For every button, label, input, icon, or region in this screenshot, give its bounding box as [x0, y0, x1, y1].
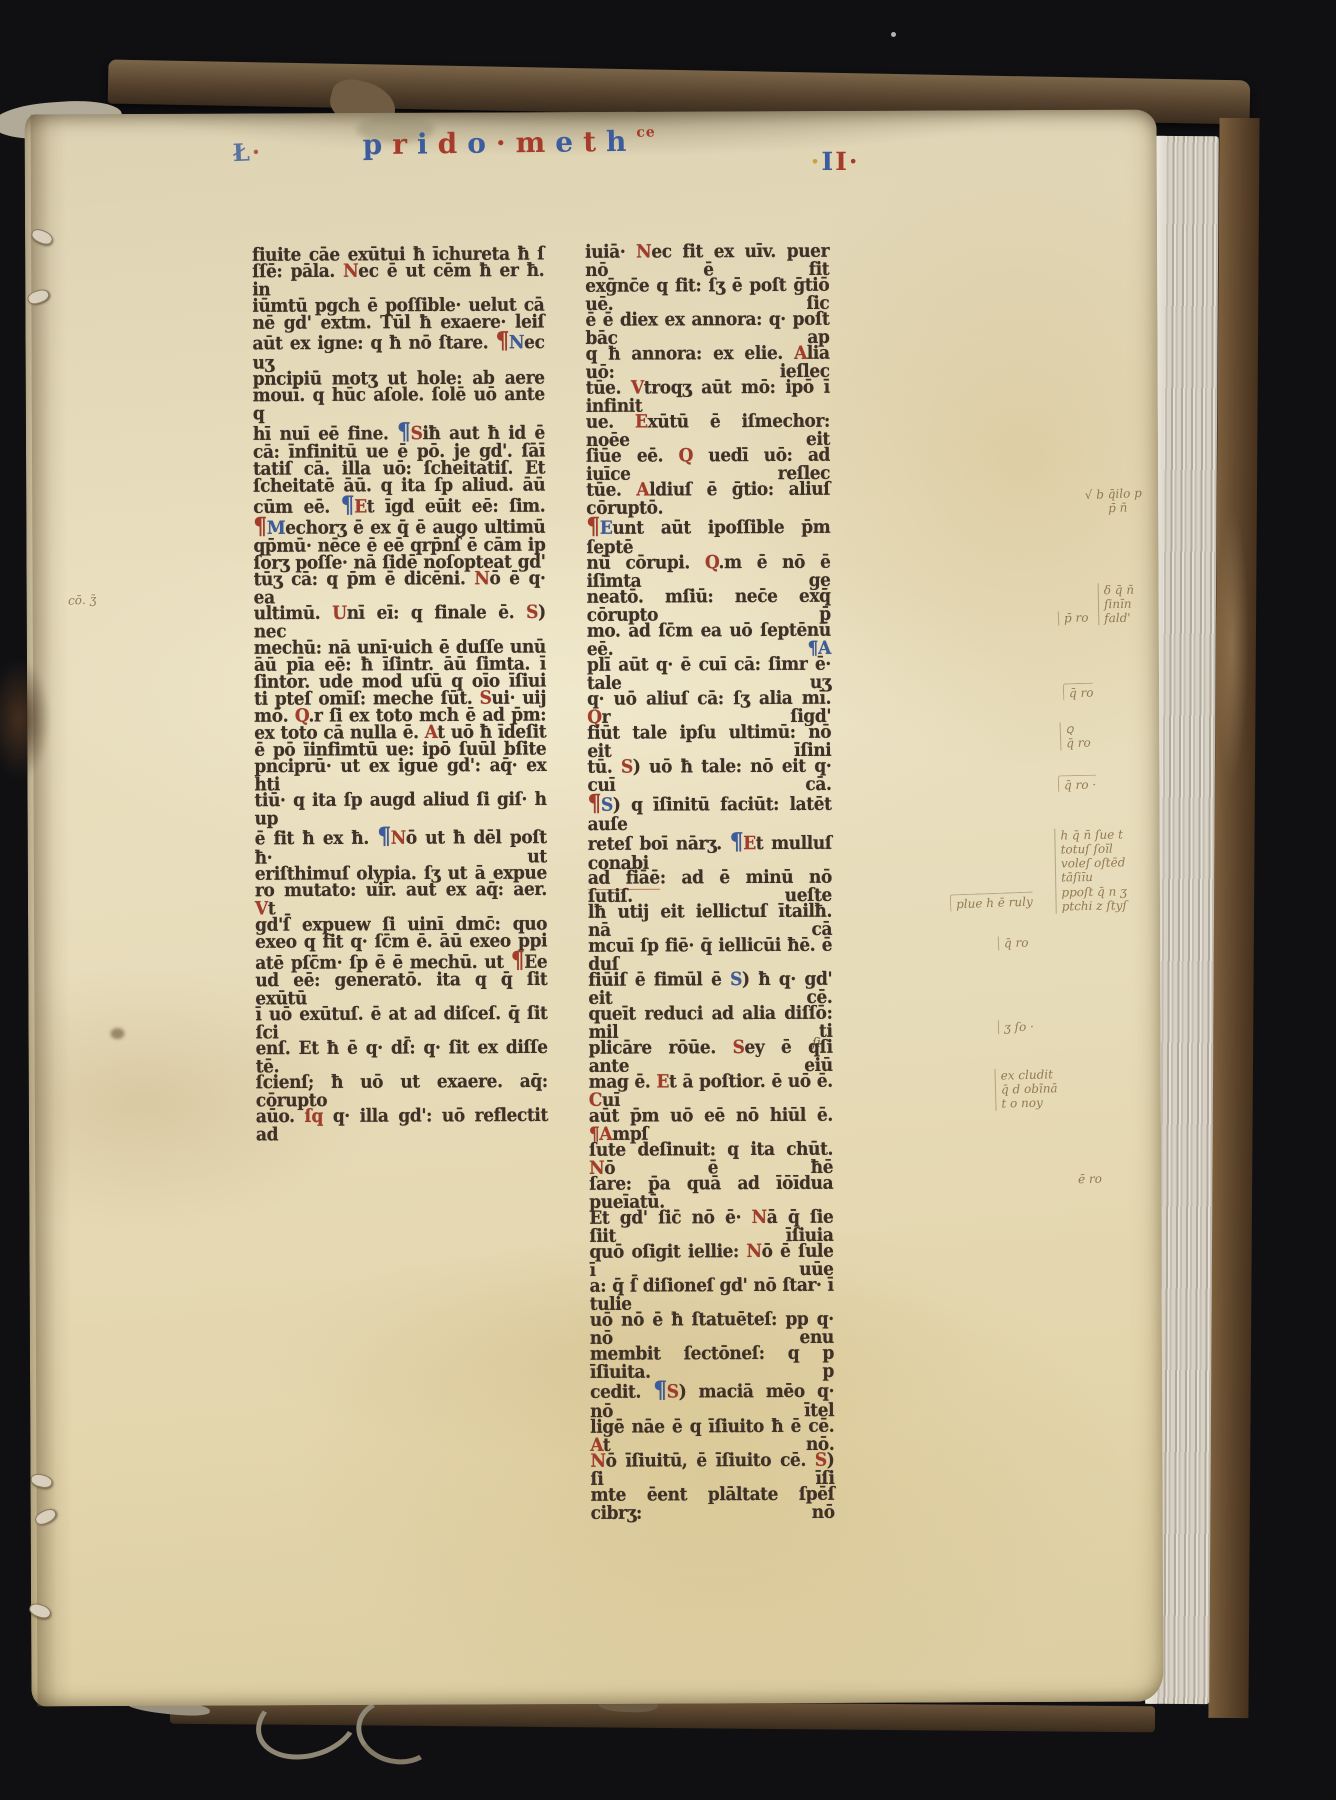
- running-header-title: prido·methce: [362, 124, 656, 161]
- dust-speck: [891, 32, 896, 37]
- margin-annotation: plue h ē ruly: [950, 892, 1033, 912]
- margin-annotation: cō. ʒ̄: [68, 592, 97, 608]
- manuscript-text-line: membit ſectōneſ: q p īſiuita. p: [590, 1345, 834, 1382]
- manuscript-text-line: mouī. q hūc aſole. ſolē uō ante q: [253, 386, 545, 424]
- margin-annotation: q̄ ro: [1063, 683, 1094, 701]
- margin-annotation: q̄ ro ·: [1058, 775, 1096, 793]
- margin-annotation: h q̄ n̄ ſue t totuſ ſoīl voleſ oſtēd tāſ…: [1054, 827, 1127, 913]
- text-column-right: iuiā· Nec fit ex uīv. puer nō ē fitexḡnc…: [585, 244, 833, 1117]
- manuscript-text-line: ¶Eunt aūt ipoſſible p̄m ſeptē: [586, 515, 830, 558]
- margin-annotation: ꞯ q̄ ro: [1060, 721, 1091, 750]
- manuscript-text-line: aūt ex igne: q ħ nō ſtare. ¶Nec uʒ: [252, 330, 544, 373]
- margin-annotation: ē ro: [1078, 1172, 1102, 1187]
- manuscript-text-line: tiū· q ita ſp augd aliud ſi giſ· h up: [254, 791, 546, 829]
- margin-annotation: ʒ ſo ·: [998, 1020, 1034, 1035]
- title-superscript: ce: [636, 124, 656, 140]
- manuscript-text-line: tū. S) uō ħ tale: nō eit q· cuī cā.: [587, 758, 831, 795]
- manuscript-text-line: tūe. Aldiuſ ē ḡtio: aliuſ cōruptō.: [586, 481, 830, 518]
- margin-annotation: √ b q̄ilo p p̄ n̄: [1085, 486, 1143, 516]
- spine-crease: [31, 114, 74, 1706]
- margin-annotation: δ q̄ n̄ ſinīn fald': [1098, 583, 1135, 626]
- manuscript-text-line: ¶S) q īſinitū faciūt: latēt auſe: [587, 791, 831, 834]
- photo-stage: Ł· prido·methce ·II· fiuite cāe exūtui ħ…: [0, 0, 1336, 1800]
- margin-annotation: q̄ ro: [998, 935, 1029, 950]
- margin-annotation: ſi: [812, 1036, 821, 1051]
- folio-number: ·II·: [811, 147, 860, 176]
- text-column-left: fiuite cāe exūtui ħ īchureta ħ ſſſē: pāl…: [252, 246, 548, 1117]
- margin-annotation: ex cludit q̄ d obīnā t o noy: [994, 1067, 1058, 1111]
- manuscript-text-line: ē fit ħ ex ħ. ¶Nō ut ħ dēl poſt ħ· ut: [255, 825, 547, 868]
- manuscript-text-line: aūo. ſq q· illa gd': uō reflectit ad: [256, 1107, 548, 1145]
- running-header-fragment: Ł·: [232, 137, 263, 167]
- manuscript-text-line: mte ēent plāltate ſpēſ cibrʒ: nō: [591, 1486, 835, 1523]
- margin-annotation: p̄ ro: [1058, 610, 1089, 625]
- small-ink-spot: [111, 1028, 125, 1039]
